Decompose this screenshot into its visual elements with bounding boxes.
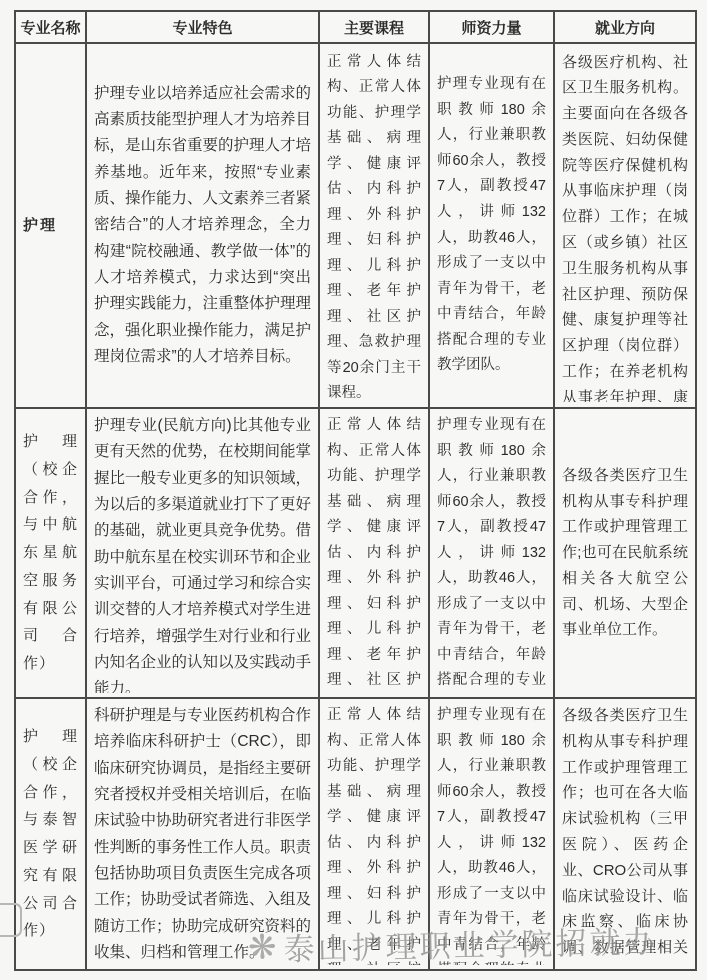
- cell-row2-feature: 护理专业(民航方向)比其他专业更有天然的优势，在校期间能掌握比一般专业更多的知识…: [86, 408, 319, 698]
- cell-row1-faculty-text: 护理专业现有在职教师180余人，行业兼职教师60余人，教授7人，副教授47人，讲…: [437, 72, 546, 378]
- cell-row3-courses: 正常人体结构、正常人体功能、护理学基础、病理学、健康评估、内科护理、外科护理、妇…: [319, 698, 429, 970]
- header-main-courses: 主要课程: [319, 11, 429, 43]
- cell-row3-employment-text: 各级各类医疗卫生机构从事专科护理工作或护理管理工作；也可在各大临床试验机构（三甲…: [562, 703, 688, 965]
- table-row-nursing-aviation: 护理（校企合作，与中航东星航空服务有限公司合作） 护理专业(民航方向)比其他专业…: [15, 408, 696, 698]
- cell-row2-employment-text: 各级各类医疗卫生机构从事专科护理工作或护理管理工作;也可在民航系统相关各大航空公…: [562, 463, 688, 644]
- cell-row2-feature-text: 护理专业(民航方向)比其他专业更有天然的优势，在校期间能掌握比一般专业更多的知识…: [94, 413, 311, 693]
- cell-row1-courses-text: 正常人体结构、正常人体功能、护理学基础、病理学、健康评估、内科护理、外科护理、妇…: [327, 50, 421, 402]
- cell-row3-courses-text: 正常人体结构、正常人体功能、护理学基础、病理学、健康评估、内科护理、外科护理、妇…: [327, 703, 421, 965]
- cell-row2-courses: 正常人体结构、正常人体功能、护理学基础、病理学、健康评估、内科护理、外科护理、妇…: [319, 408, 429, 698]
- cell-row1-name-text: 护理: [23, 212, 78, 240]
- cell-row1-feature-text: 护理专业以培养适应社会需求的高素质技能型护理人才为培养目标，是山东省重要的护理人…: [94, 81, 311, 371]
- header-faculty: 师资力量: [429, 11, 554, 43]
- cell-row1-courses: 正常人体结构、正常人体功能、护理学基础、病理学、健康评估、内科护理、外科护理、妇…: [319, 43, 429, 408]
- cell-row1-name: 护理: [15, 43, 86, 408]
- majors-table: 专业名称 专业特色 主要课程 师资力量 就业方向 护理 护理专业以培养适应社会需…: [14, 10, 697, 971]
- cell-row1-employment-text: 各级医疗机构、社区卫生服务机构。主要面向在各级各类医院、妇幼保健院等医疗保健机构…: [562, 50, 688, 402]
- corner-rounded-rect: [0, 903, 22, 937]
- cell-row2-faculty: 护理专业现有在职教师180余人，行业兼职教师60余人，教授7人，副教授47人，讲…: [429, 408, 554, 698]
- cell-row2-employment: 各级各类医疗卫生机构从事专科护理工作或护理管理工作;也可在民航系统相关各大航空公…: [554, 408, 696, 698]
- header-employment: 就业方向: [554, 11, 696, 43]
- cell-row1-feature: 护理专业以培养适应社会需求的高素质技能型护理人才为培养目标，是山东省重要的护理人…: [86, 43, 319, 408]
- header-major-feature: 专业特色: [86, 11, 319, 43]
- cell-row2-name: 护理（校企合作，与中航东星航空服务有限公司合作）: [15, 408, 86, 698]
- table-header-row: 专业名称 专业特色 主要课程 师资力量 就业方向: [15, 11, 696, 43]
- table-row-nursing: 护理 护理专业以培养适应社会需求的高素质技能型护理人才为培养目标，是山东省重要的…: [15, 43, 696, 408]
- cell-row3-name: 护理（校企合作，与泰智医学研究有限公司合作）: [15, 698, 86, 970]
- cell-row2-faculty-text: 护理专业现有在职教师180余人，行业兼职教师60余人，教授7人，副教授47人，讲…: [437, 413, 546, 693]
- cell-row3-name-text: 护理（校企合作，与泰智医学研究有限公司合作）: [23, 723, 78, 945]
- cell-row3-faculty: 护理专业现有在职教师180余人，行业兼职教师60余人，教授7人，副教授47人，讲…: [429, 698, 554, 970]
- page: 专业名称 专业特色 主要课程 师资力量 就业方向 护理 护理专业以培养适应社会需…: [0, 0, 707, 980]
- cell-row2-courses-text: 正常人体结构、正常人体功能、护理学基础、病理学、健康评估、内科护理、外科护理、妇…: [327, 413, 421, 693]
- table-row-nursing-research: 护理（校企合作，与泰智医学研究有限公司合作） 科研护理是与专业医药机构合作培养临…: [15, 698, 696, 970]
- cell-row3-faculty-text: 护理专业现有在职教师180余人，行业兼职教师60余人，教授7人，副教授47人，讲…: [437, 703, 546, 965]
- cell-row3-employment: 各级各类医疗卫生机构从事专科护理工作或护理管理工作；也可在各大临床试验机构（三甲…: [554, 698, 696, 970]
- cell-row1-faculty: 护理专业现有在职教师180余人，行业兼职教师60余人，教授7人，副教授47人，讲…: [429, 43, 554, 408]
- cell-row3-feature: 科研护理是与专业医药机构合作培养临床科研护士（CRC），即临床研究协调员，是指经…: [86, 698, 319, 970]
- cell-row1-employment: 各级医疗机构、社区卫生服务机构。主要面向在各级各类医院、妇幼保健院等医疗保健机构…: [554, 43, 696, 408]
- cell-row3-feature-text: 科研护理是与专业医药机构合作培养临床科研护士（CRC），即临床研究协调员，是指经…: [94, 703, 311, 965]
- header-major-name: 专业名称: [15, 11, 86, 43]
- cell-row2-name-text: 护理（校企合作，与中航东星航空服务有限公司合作）: [23, 428, 78, 678]
